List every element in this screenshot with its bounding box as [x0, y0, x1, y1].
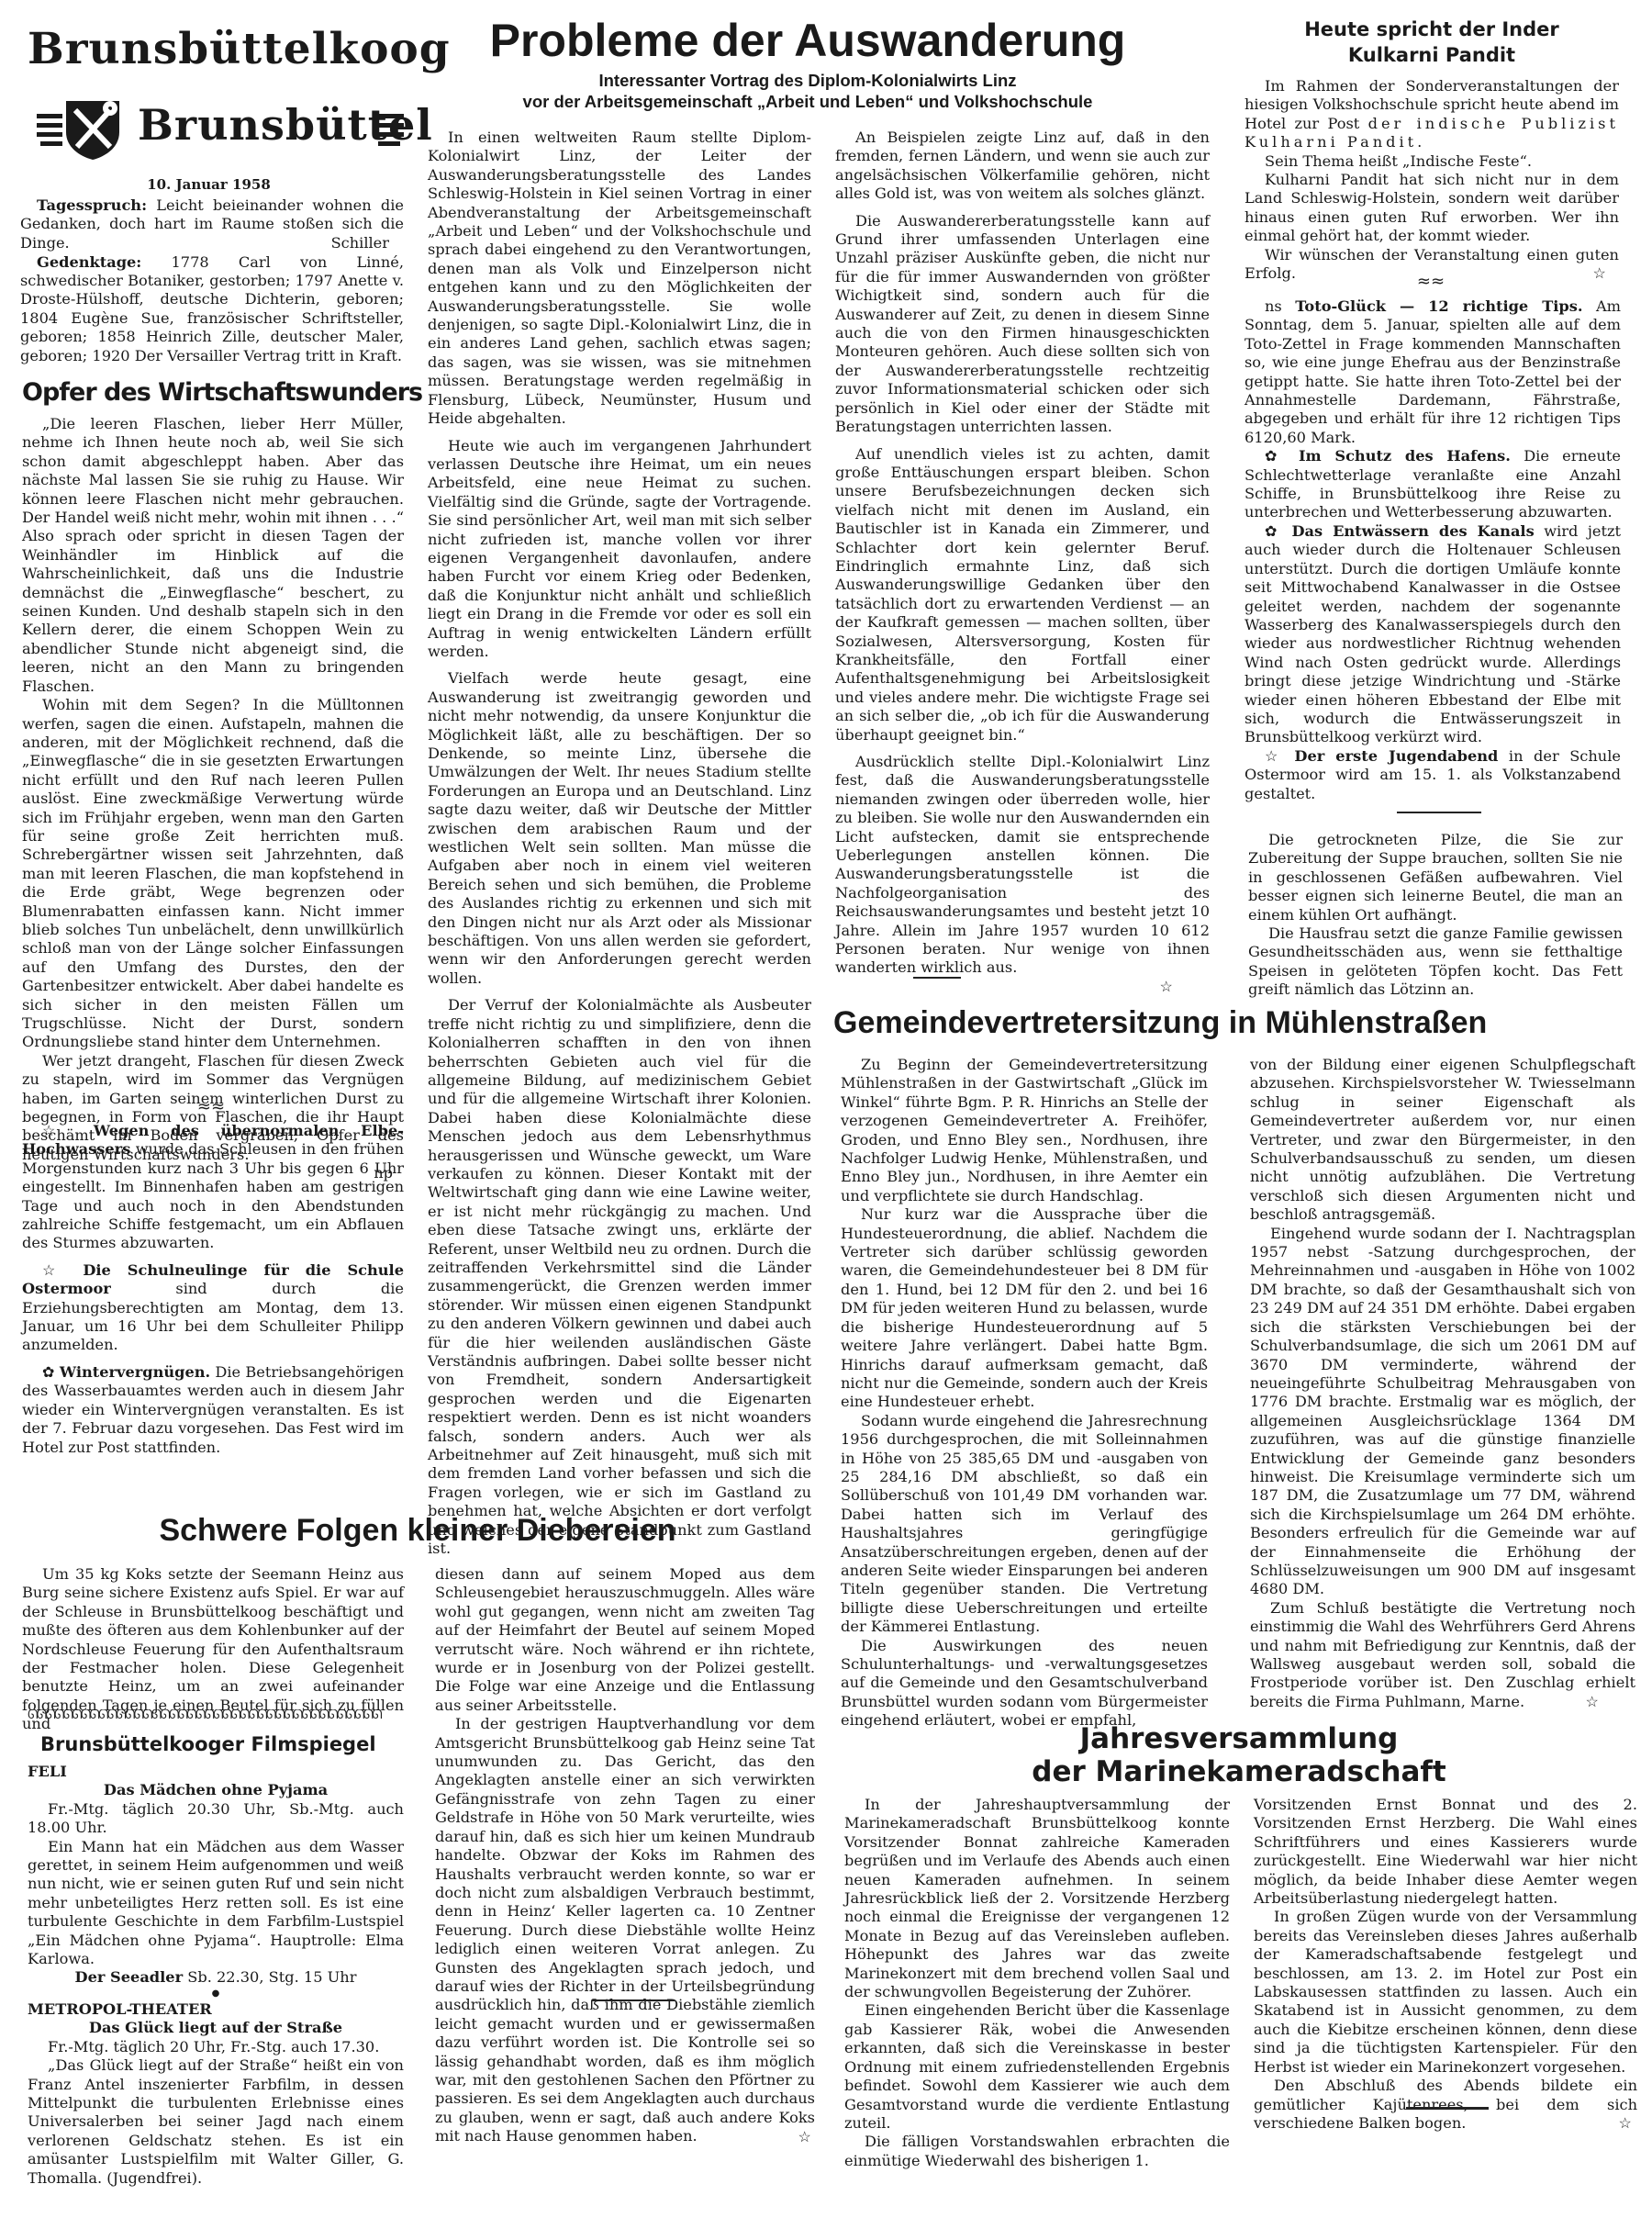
cinema-name: METROPOL-THEATER — [28, 2000, 404, 2019]
opfer-paragraph-2: Wohin mit dem Segen? In die Mülltonnen w… — [22, 696, 404, 1052]
inder-text: Sein Thema heißt „Indische Feste“. — [1245, 152, 1619, 171]
auswanderung-subhead-line1: Interessanter Vortrag des Diplom-Kolonia… — [413, 70, 1202, 91]
gemeinde-paragraph: Nur kurz war die Aussprache über die Hun… — [841, 1205, 1208, 1411]
auswanderung-paragraph: Die Auswandererberatungsstelle kann auf … — [835, 212, 1210, 437]
masthead-title-line1: Brunsbüttelkoog — [28, 24, 451, 74]
tagesspruch-author: Schiller — [20, 234, 404, 252]
film-title: Das Mädchen ohne Pyjama — [28, 1781, 404, 1799]
right-news-lead: Das Entwässern des Kanals — [1291, 522, 1534, 540]
gemeinde-paragraph: Sodann wurde eingehend die Jahresrechnun… — [841, 1412, 1208, 1637]
flourish-icon: ✿ — [42, 1363, 55, 1381]
divider-rule — [1397, 812, 1481, 813]
filmspiegel-listing: FELI Das Mädchen ohne Pyjama Fr.-Mtg. tä… — [28, 1763, 404, 2188]
gemeinde-paragraph: von der Bildung einer eigenen Schulpfleg… — [1250, 1056, 1635, 1225]
auswanderung-paragraph: Heute wie auch im vergangenen Jahrhunder… — [428, 437, 811, 662]
diebereien-paragraph: In der gestrigen Hauptverhandlung vor de… — [435, 1715, 815, 2145]
household-tip: Die Hausfrau setzt die ganze Familie gew… — [1248, 924, 1623, 1000]
star-icon: ☆ — [42, 1261, 67, 1279]
diebereien-headline: Schwere Folgen kleiner Diebereien — [18, 1510, 817, 1551]
film-description: „Das Glück liegt auf der Straße“ heißt e… — [28, 2056, 404, 2188]
inder-headline: Heute spricht der Inder Kulkarni Pandit — [1221, 17, 1643, 68]
gedenktage-label: Gedenktage: — [37, 253, 141, 271]
film-times: Fr.-Mtg. täglich 20.30 Uhr, Sb.-Mtg. auc… — [28, 1800, 404, 1838]
auswanderung-column-2: An Beispielen zeigte Linz auf, daß in de… — [835, 129, 1210, 996]
tagesspruch-label: Tagesspruch: — [37, 196, 147, 214]
ornamental-border: ᘏᘏᘏᘏᘏᘏᘏᘏᘏᘏᘏᘏᘏᘏᘏᘏᘏᘏᘏᘏᘏᘏᘏᘏᘏᘏᘏᘏᘏᘏᘏᘏᘏᘏᘏᘏᘏᘏᘏᘏ — [28, 1709, 404, 1720]
auswanderung-paragraph: An Beispielen zeigte Linz auf, daß in de… — [835, 129, 1210, 204]
divider-rule — [592, 1999, 675, 2001]
auswanderung-paragraph: Auf unendlich vieles ist zu achten, dami… — [835, 445, 1210, 745]
wave-divider-icon: ≈≈ — [1408, 272, 1454, 291]
gemeinde-paragraph: Eingehend wurde sodann der I. Nachtragsp… — [1250, 1225, 1635, 1599]
household-tips: Die getrockneten Pilze, die Sie zur Zube… — [1248, 831, 1623, 1000]
right-news-item: ns Toto-Glück — 12 richtige Tips. Am Son… — [1245, 297, 1621, 447]
film-extra: Der Seeadler Sb. 22.30, Stg. 15 Uhr — [28, 1968, 404, 1987]
film-description: Ein Mann hat ein Mädchen aus dem Wasser … — [28, 1838, 404, 1969]
marine-paragraph: In großen Zügen wurde von der Versammlun… — [1254, 1908, 1637, 2077]
marine-headline-line1: Jahresversammlung — [1010, 1722, 1468, 1755]
marine-column-1: In der Jahreshauptversammlung der Marine… — [844, 1796, 1230, 2170]
opfer-article: „Die leeren Flaschen, lieber Herr Müller… — [22, 415, 404, 1183]
right-news-list: ns Toto-Glück — 12 richtige Tips. Am Son… — [1245, 297, 1621, 803]
auswanderung-paragraph: Vielfach werde heute gesagt, eine Auswan… — [428, 669, 811, 988]
right-news-lead: Der erste Jugendabend — [1294, 747, 1498, 765]
diebereien-column-2: diesen dann auf seinem Moped aus dem Sch… — [435, 1565, 815, 2146]
auswanderung-paragraph: Der Verruf der Kolonialmächte als Ausbeu… — [428, 996, 811, 1558]
masthead-title-line2: Brunsbüttel — [138, 99, 385, 151]
wave-divider-icon: ≈≈ — [184, 1097, 239, 1116]
film-title: Das Glück liegt auf der Straße — [28, 2019, 404, 2037]
film-extra-title: Der Seeadler — [75, 1968, 184, 1986]
local-news-list: ☆ Wegen des übernormalen Elbe-Hochwasser… — [22, 1122, 404, 1457]
author-prefix: ns — [1265, 297, 1282, 315]
right-news-text: Am Sonntag, dem 5. Januar, spielten alle… — [1245, 297, 1621, 446]
edition-date: 10. Januar 1958 — [18, 176, 399, 193]
auswanderung-column-1: In einen weltweiten Raum stellte Diplom-… — [428, 129, 811, 1558]
marine-paragraph: Vorsitzenden Ernst Bonnat und des 2. Vor… — [1254, 1796, 1637, 1908]
opfer-paragraph-1: „Die leeren Flaschen, lieber Herr Müller… — [22, 415, 404, 696]
star-icon: ☆ — [835, 978, 1210, 996]
auswanderung-paragraph: Ausdrücklich stellte Dipl.-Kolonialwirt … — [835, 753, 1210, 978]
marine-headline-line2: der Marinekameradschaft — [1010, 1755, 1468, 1788]
dot-separator-icon: ● — [28, 1988, 404, 2000]
divider-rule — [913, 977, 961, 979]
household-tip: Die getrockneten Pilze, die Sie zur Zube… — [1248, 831, 1623, 924]
gemeinde-column-2: von der Bildung einer eigenen Schulpfleg… — [1250, 1056, 1635, 1712]
flourish-icon: ✿ — [1265, 447, 1286, 465]
right-news-item: ✿ Im Schutz des Hafens. Die erneute Schl… — [1245, 447, 1621, 522]
inder-headline-line1: Heute spricht der Inder — [1221, 17, 1643, 42]
marine-column-2: Vorsitzenden Ernst Bonnat und des 2. Vor… — [1254, 1796, 1637, 2134]
cinema-name: FELI — [28, 1763, 404, 1781]
film-times: Fr.-Mtg. täglich 20 Uhr, Fr.-Stg. auch 1… — [28, 2038, 404, 2056]
auswanderung-subhead-line2: vor der Arbeitsgemeinschaft „Arbeit und … — [413, 91, 1202, 112]
masthead-title-line2-text: Brunsbüttel — [138, 100, 433, 150]
star-icon: ☆ — [1265, 747, 1284, 765]
divider-rule — [1406, 2107, 1489, 2110]
inder-headline-line2: Kulkarni Pandit — [1221, 42, 1643, 68]
film-extra-times: Sb. 22.30, Stg. 15 Uhr — [187, 1968, 356, 1986]
filmspiegel-headline: Brunsbüttelkooger Filmspiegel — [40, 1733, 407, 1755]
gemeinde-paragraph: Zu Beginn der Gemeindevertretersitzung M… — [841, 1056, 1208, 1205]
right-news-text: wird jetzt auch wieder durch die Holtena… — [1245, 522, 1621, 745]
gemeinde-paragraph: Die Auswirkungen des neuen Schulunterhal… — [841, 1637, 1208, 1731]
auswanderung-paragraph: In einen weltweiten Raum stellte Diplom-… — [428, 129, 811, 429]
tagesspruch-block: Tagesspruch: Leicht beieinander wohnen d… — [20, 196, 404, 365]
marine-headline: Jahresversammlung der Marinekameradschaf… — [1010, 1722, 1468, 1788]
auswanderung-headline: Probleme der Auswanderung — [413, 13, 1202, 68]
inder-article: Im Rahmen der Sonderveranstaltungen der … — [1245, 77, 1619, 284]
gemeinde-column-1: Zu Beginn der Gemeindevertretersitzung M… — [841, 1056, 1208, 1731]
right-news-lead: Toto-Glück — 12 richtige Tips. — [1295, 297, 1582, 315]
inder-text: Kulharni Pandit hat sich nicht nur in de… — [1245, 171, 1619, 246]
right-news-item: ☆ Der erste Jugendabend in der Schule Os… — [1245, 747, 1621, 803]
star-icon: ☆ — [42, 1122, 73, 1139]
gemeinde-headline: Gemeindevertretersitzung in Mühlenstraße… — [833, 1002, 1641, 1043]
local-news-item: ☆ Die Schulneulinge für die Schule Oster… — [22, 1261, 404, 1355]
auswanderung-subhead: Interessanter Vortrag des Diplom-Kolonia… — [413, 70, 1202, 112]
opfer-headline: Opfer des Wirtschaftswunders — [22, 378, 407, 407]
local-news-lead: Wintervergnügen. — [60, 1363, 210, 1381]
marine-paragraph: Einen eingehenden Bericht über die Kasse… — [844, 2001, 1230, 2133]
right-news-lead: Im Schutz des Hafens. — [1299, 447, 1511, 465]
masthead-title: Brunsbüttelkoog — [28, 26, 399, 73]
marine-paragraph: In der Jahreshauptversammlung der Marine… — [844, 1796, 1230, 2001]
flourish-icon: ✿ — [1265, 522, 1282, 540]
right-news-item: ✿ Das Entwässern des Kanals wird jetzt a… — [1245, 522, 1621, 747]
marine-paragraph: Die fälligen Vorstandswahlen erbrachten … — [844, 2133, 1230, 2170]
diebereien-paragraph: diesen dann auf seinem Moped aus dem Sch… — [435, 1565, 815, 1715]
local-news-item: ☆ Wegen des übernormalen Elbe-Hochwasser… — [22, 1122, 404, 1253]
local-news-item: ✿ Wintervergnügen. Die Betriebsangehörig… — [22, 1363, 404, 1457]
